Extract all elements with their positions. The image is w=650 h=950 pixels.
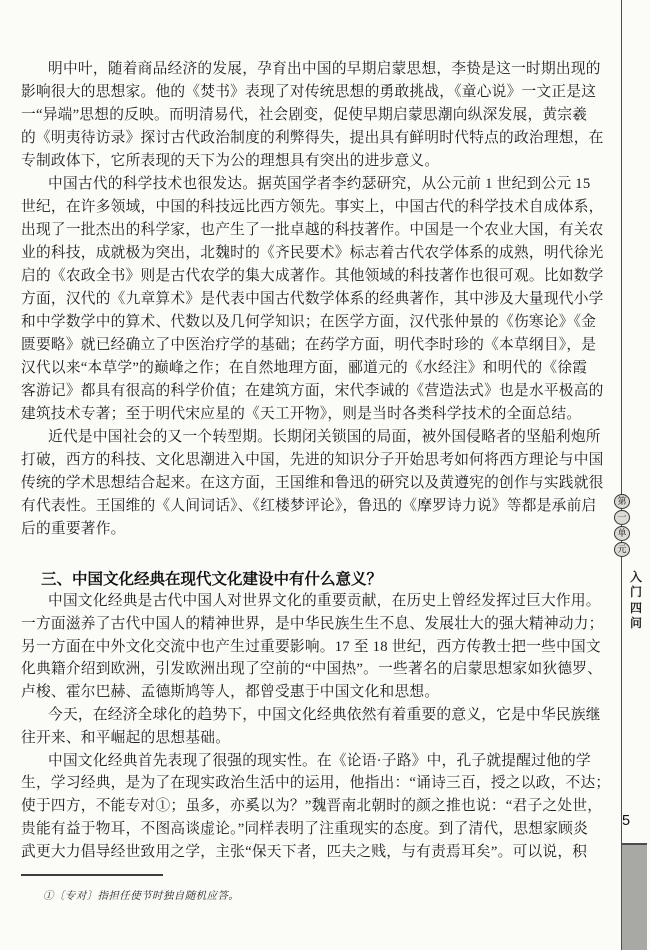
text-line: 有代表性。王国维的《人间词话》、《红楼梦评论》，鲁迅的《摩罗诗力说》等都是承前启 xyxy=(21,495,603,518)
text-line: 中国文化经典首先表现了很强的现实性。在《论语·子路》中，孔子就提醒过他的学 xyxy=(21,750,603,773)
text-line: 汉代以来“本草学”的巅峰之作；在自然地理方面，郦道元的《水经注》和明代的《徐霞 xyxy=(21,357,603,380)
text-line: 匮要略》就已经确立了中医治疗学的基础；在药学方面，明代李时珍的《本草纲目》，是 xyxy=(21,334,603,357)
text-line: 专制政体下，它所表现的天下为公的理想具有突出的进步意义。 xyxy=(21,150,603,173)
unit-badge-char: 单 xyxy=(614,526,630,541)
page-edge-bar xyxy=(622,843,647,950)
body-text-lower: 中国文化经典是古代中国人对世界文化的重要贡献，在历史上曾经发挥过巨大作用。一方面… xyxy=(21,590,603,864)
text-line: 卢梭、霍尔巴赫、孟德斯鸠等人，都曾受惠于中国文化和思想。 xyxy=(21,681,603,704)
footnote-text: ①〔专对〕指担任使节时独自随机应答。 xyxy=(43,889,239,905)
section-heading: 三、中国文化经典在现代文化建设中有什么意义？ xyxy=(21,568,603,591)
paragraph: 近代是中国社会的又一个转型期。长期闭关锁国的局面，被外国侵略者的坚船利炮所打破，… xyxy=(21,426,603,541)
paragraph: 中国文化经典首先表现了很强的现实性。在《论语·子路》中，孔子就提醒过他的学生，学… xyxy=(21,750,603,864)
chapter-label-char: 四 xyxy=(629,602,643,614)
text-line: 武更大力倡导经世致用之学，主张“保天下者，匹夫之贱，与有责焉耳矣”。可以说，积 xyxy=(21,841,603,864)
chapter-label: 入 门 四 问 xyxy=(629,571,643,630)
text-line: 后的重要著作。 xyxy=(21,518,603,541)
paragraph: 中国文化经典是古代中国人对世界文化的重要贡献，在历史上曾经发挥过巨大作用。一方面… xyxy=(21,590,603,704)
paragraph: 今天，在经济全球化的趋势下，中国文化经典依然有着重要的意义，它是中华民族继往开来… xyxy=(21,704,603,750)
unit-label-badges: 第 一 单 元 xyxy=(614,494,630,557)
chapter-label-char: 问 xyxy=(629,617,643,629)
text-line: 使于四方，不能专对①；虽多，亦奚以为？”魏晋南北朝时的颜之推也说：“君子之处世， xyxy=(21,795,603,818)
text-line: 中国文化经典是古代中国人对世界文化的重要贡献，在历史上曾经发挥过巨大作用。 xyxy=(21,590,603,613)
chapter-label-char: 门 xyxy=(629,586,643,598)
text-line: 中国古代的科学技术也很发达。据英国学者李约瑟研究，从公元前 1 世纪到公元 15 xyxy=(21,173,603,196)
page-number: 5 xyxy=(622,812,636,830)
text-line: 客游记》都具有很高的科学价值；在建筑方面，宋代李诫的《营造法式》也是水平极高的 xyxy=(21,380,603,403)
text-line: 一方面滋养了古代中国人的精神世界，是中华民族生生不息、发展壮大的强大精神动力； xyxy=(21,613,603,636)
text-line: 今天，在经济全球化的趋势下，中国文化经典依然有着重要的意义，它是中华民族继 xyxy=(21,704,603,727)
text-line: 打破，西方的科技、文化思潮进入中国，先进的知识分子开始思考如何将西方理论与中国 xyxy=(21,449,603,472)
text-line: 业的科技，成就极为突出，北魏时的《齐民要术》标志着古代农学体系的成熟，明代徐光 xyxy=(21,242,603,265)
paragraph: 明中叶，随着商品经济的发展，孕育出中国的早期启蒙思想，李贽是这一时期出现的影响很… xyxy=(21,58,603,173)
text-line: 的《明夷待访录》探讨古代政治制度的利弊得失，提出具有鲜明时代特点的政治理想，在 xyxy=(21,127,603,150)
text-line: 贵能有益于物耳，不图高谈虚论。”同样表明了注重现实的态度。到了清代，思想家顾炎 xyxy=(21,818,603,841)
text-line: 化典籍介绍到欧洲，引发欧洲出现了空前的“中国热”。一些著名的启蒙思想家如狄德罗、 xyxy=(21,658,603,681)
text-line: 生，学习经典，是为了在现实政治生活中的运用，他指出：“诵诗三百，授之以政，不达； xyxy=(21,772,603,795)
text-line: 一“异端”思想的反映。而明清易代，社会剧变，促使早期启蒙思潮向纵深发展，黄宗羲 xyxy=(21,104,603,127)
text-line: 明中叶，随着商品经济的发展，孕育出中国的早期启蒙思想，李贽是这一时期出现的 xyxy=(21,58,603,81)
text-line: 启的《农政全书》则是古代农学的集大成著作。其他领域的科技著作也很可观。比如数学 xyxy=(21,265,603,288)
text-line: 另一方面在中外文化交流中也产生过重要影响。17 至 18 世纪，西方传教士把一些… xyxy=(21,636,603,659)
unit-badge-char: 第 xyxy=(614,494,630,509)
text-line: 往开来、和平崛起的思想基础。 xyxy=(21,727,603,750)
text-line: 出现了一批杰出的科学家，也产生了一批卓越的科技著作。中国是一个农业大国，有关农 xyxy=(21,219,603,242)
text-line: 方面，汉代的《九章算术》是代表中国古代数学体系的经典著作，其中涉及大量现代小学 xyxy=(21,288,603,311)
text-line: 世纪，在许多领域，中国的科技远比西方领先。事实上，中国古代的科学技术自成体系， xyxy=(21,196,603,219)
text-line: 近代是中国社会的又一个转型期。长期闭关锁国的局面，被外国侵略者的坚船利炮所 xyxy=(21,426,603,449)
textbook-page: 明中叶，随着商品经济的发展，孕育出中国的早期启蒙思想，李贽是这一时期出现的影响很… xyxy=(0,0,650,950)
text-line: 建筑技术专著；至于明代宋应星的《天工开物》，则是当时各类科学技术的全面总结。 xyxy=(21,403,603,426)
paragraph: 中国古代的科学技术也很发达。据英国学者李约瑟研究，从公元前 1 世纪到公元 15… xyxy=(21,173,603,426)
footnote-divider xyxy=(21,874,163,876)
sidebar-vertical-rule xyxy=(621,0,622,950)
chapter-label-char: 入 xyxy=(629,571,643,583)
text-line: 和中学数学中的算术、代数以及几何学知识；在医学方面，汉代张仲景的《伤寒论》《金 xyxy=(21,311,603,334)
text-line: 影响很大的思想家。他的《焚书》表现了对传统思想的勇敢挑战，《童心说》一文正是这 xyxy=(21,81,603,104)
unit-badge-char: 元 xyxy=(614,542,630,557)
text-line: 传统的学术思想结合起来。在这方面，王国维和鲁迅的研究以及黄遵宪的创作与实践就很 xyxy=(21,472,603,495)
body-text-upper: 明中叶，随着商品经济的发展，孕育出中国的早期启蒙思想，李贽是这一时期出现的影响很… xyxy=(21,58,603,541)
unit-badge-char: 一 xyxy=(614,510,630,525)
